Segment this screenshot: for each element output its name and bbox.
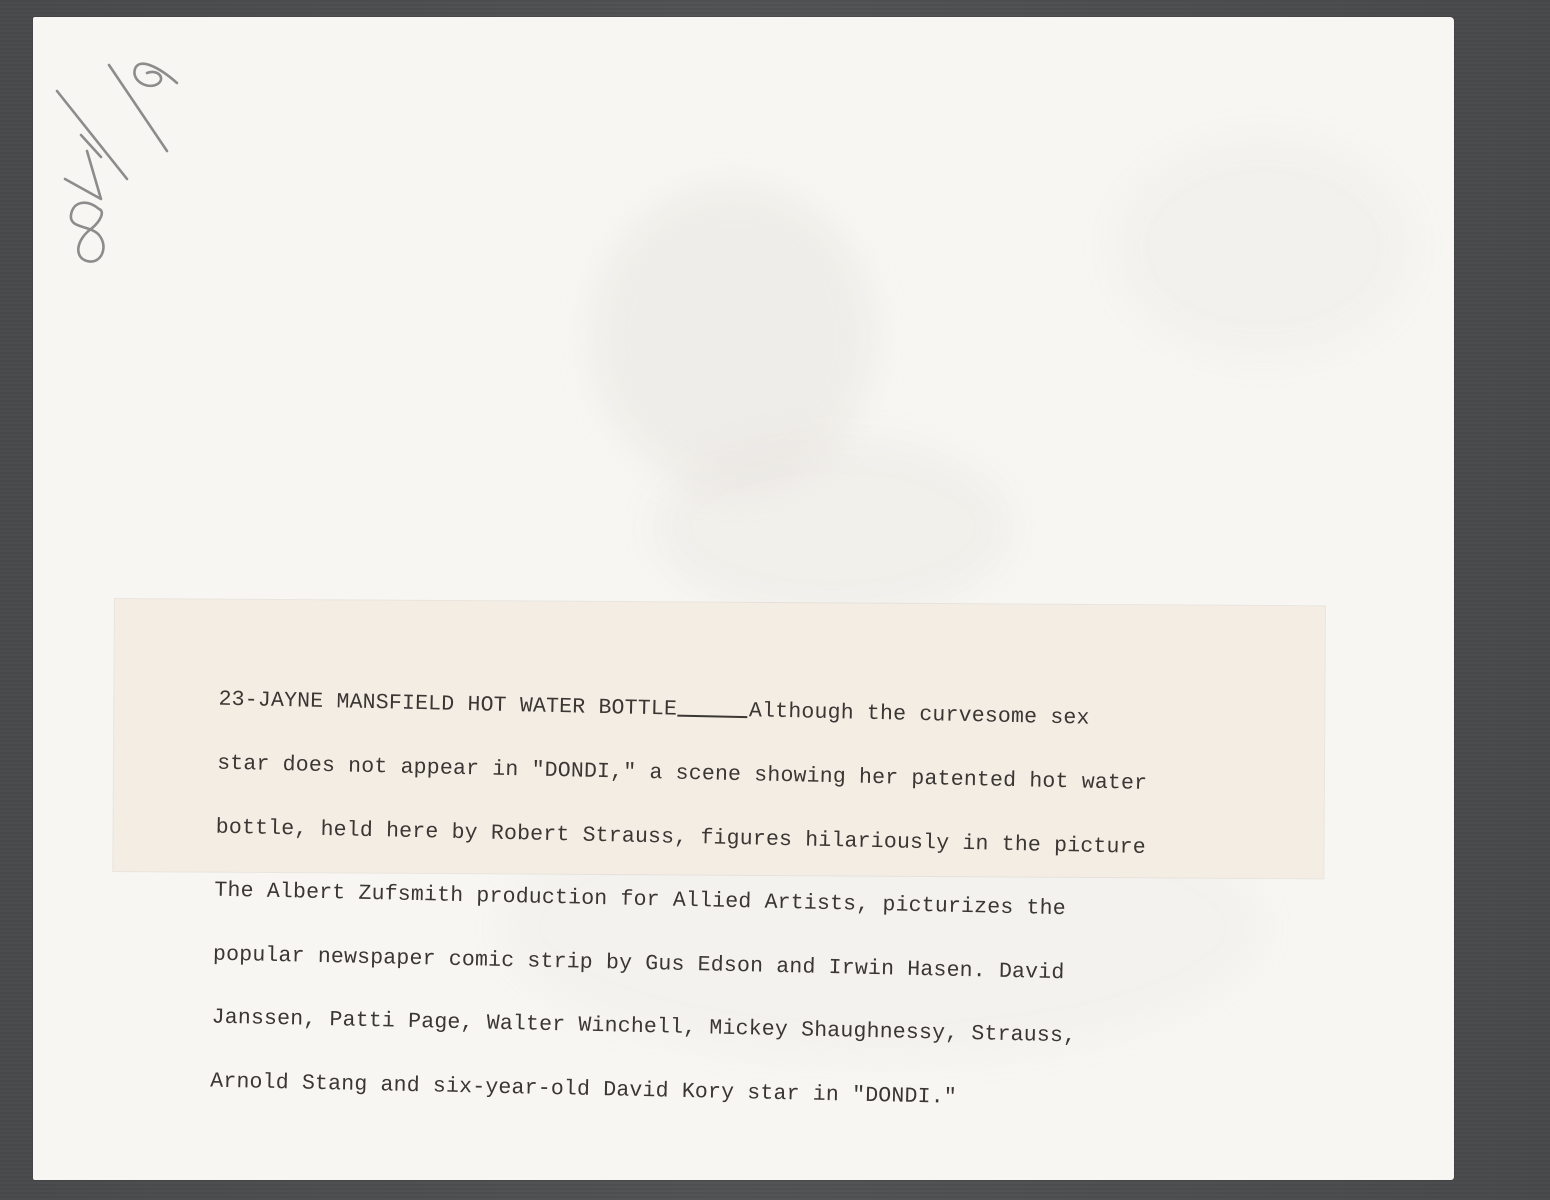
caption-headline: 23-JAYNE MANSFIELD HOT WATER BOTTLE: [218, 688, 677, 722]
caption-line: bottle, held here by Robert Strauss, fig…: [216, 817, 1146, 858]
caption-line: The Albert Zufsmith production for Allie…: [214, 881, 1144, 922]
caption-line: star does not appear in "DONDI," a scene…: [217, 754, 1147, 795]
caption-line-text: Although the curvesome sex: [749, 700, 1090, 731]
photo-show-through: [1113, 137, 1413, 357]
caption-line: popular newspaper comic strip by Gus Eds…: [213, 944, 1143, 985]
photo-print-back: 23-JAYNE MANSFIELD HOT WATER BOTTLEAltho…: [33, 17, 1454, 1180]
photo-show-through: [653, 437, 1013, 617]
caption-line: Arnold Stang and six-year-old David Kory…: [210, 1072, 1140, 1113]
caption-text: 23-JAYNE MANSFIELD HOT WATER BOTTLEAltho…: [209, 648, 1150, 1156]
typed-caption-slip: 23-JAYNE MANSFIELD HOT WATER BOTTLEAltho…: [113, 599, 1325, 878]
caption-line: Janssen, Patti Page, Walter Winchell, Mi…: [211, 1008, 1141, 1049]
caption-line: 23-JAYNE MANSFIELD HOT WATER BOTTLEAltho…: [218, 690, 1148, 731]
handwritten-date-note: [39, 39, 209, 279]
typed-underline-rule: [677, 715, 747, 719]
